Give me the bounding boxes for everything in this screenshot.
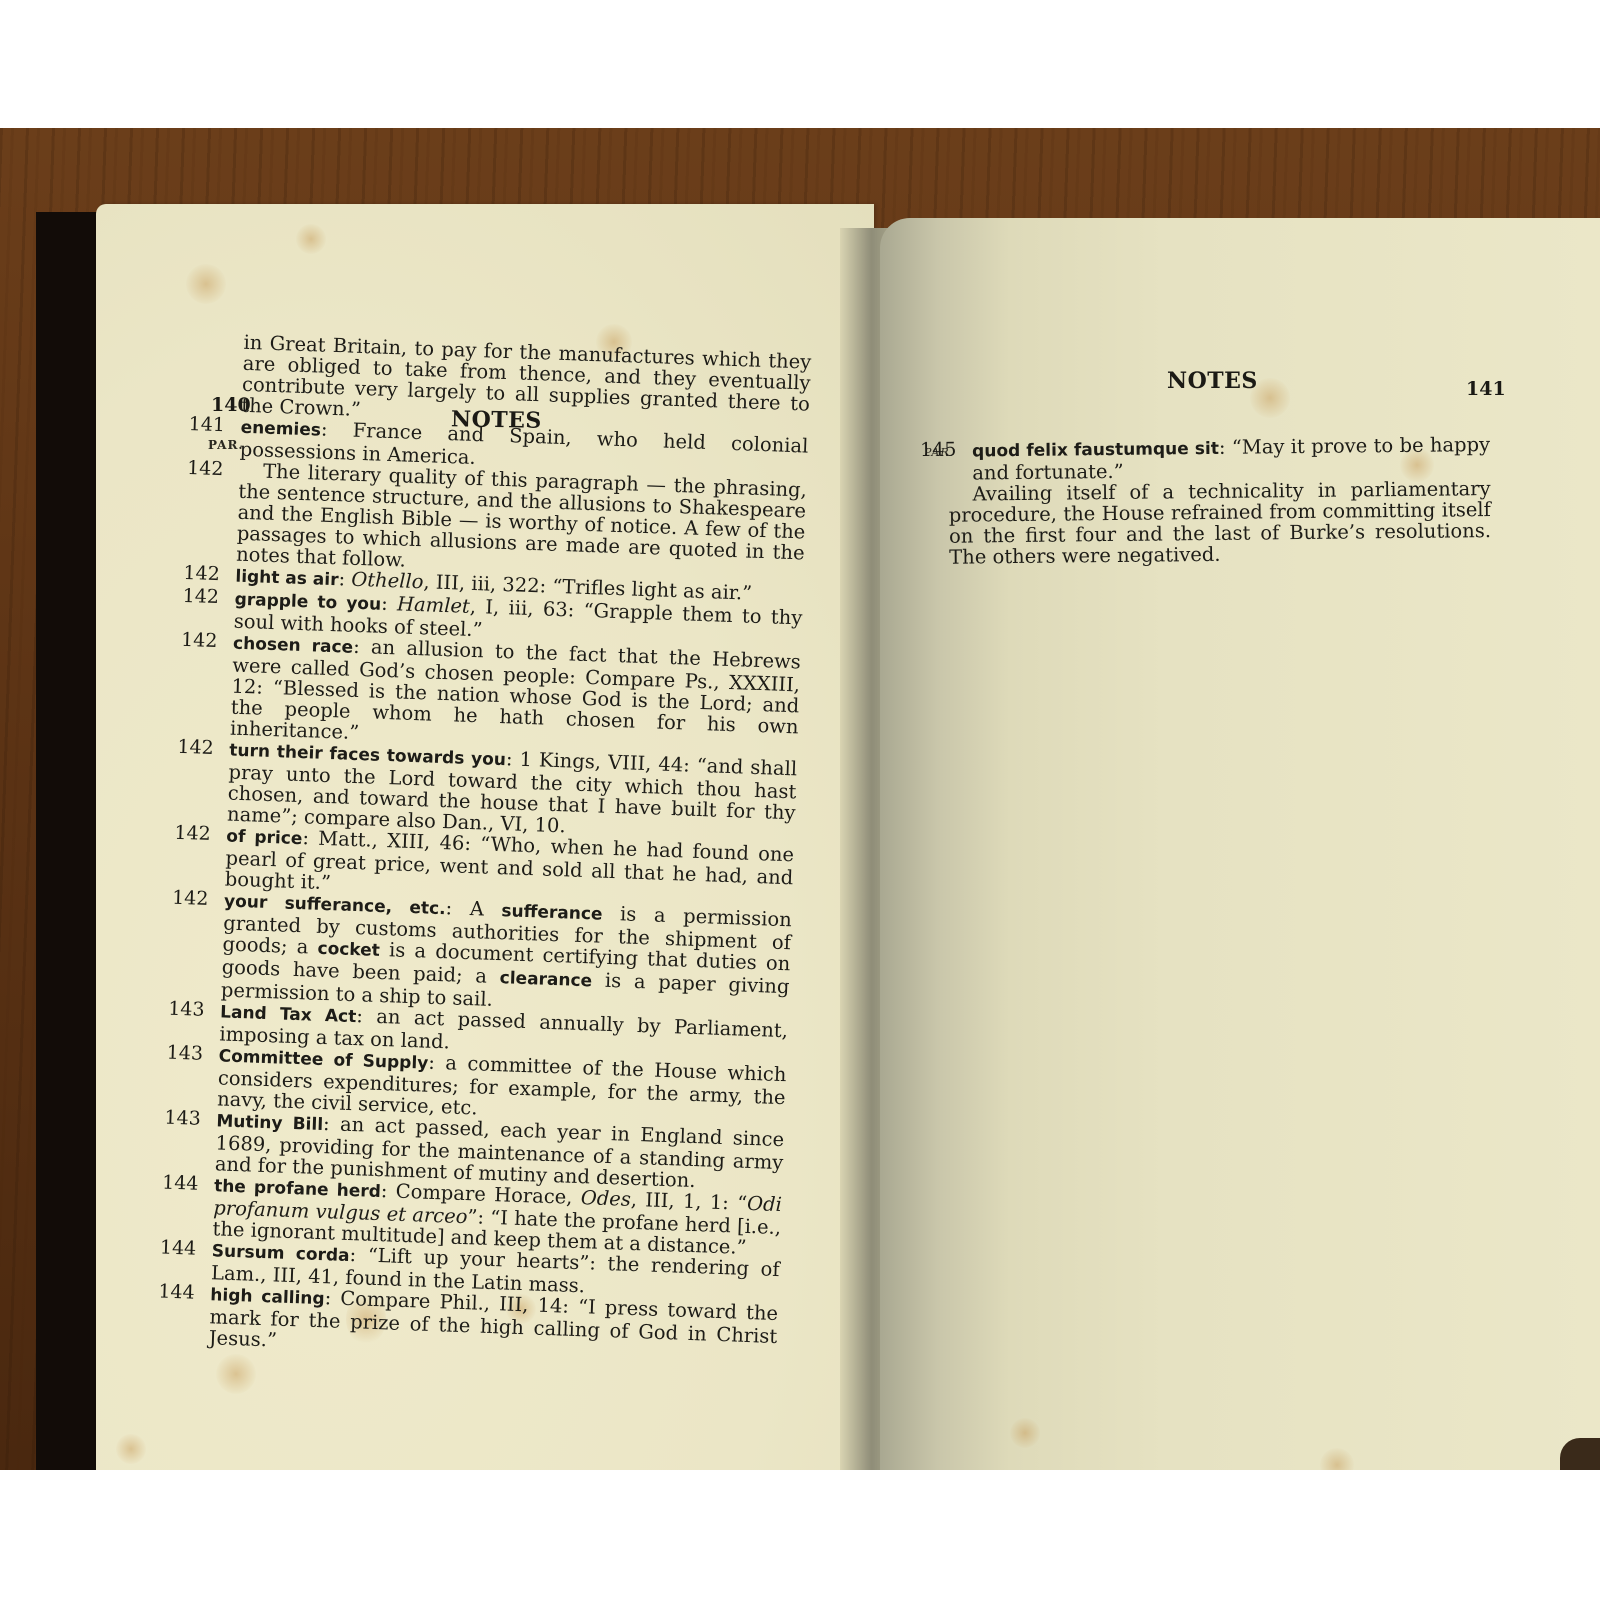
note-entry: 145 quod felix faustumque sit: “May it p… bbox=[920, 434, 1490, 484]
paragraph-number: 142 bbox=[182, 586, 231, 609]
work-title: Hamlet bbox=[397, 592, 471, 618]
paragraph-number: 141 bbox=[188, 414, 237, 437]
right-page-text: 145 quod felix faustumque sit: “May it p… bbox=[920, 434, 1491, 568]
note-text: : A bbox=[445, 896, 502, 921]
note-term: of price bbox=[226, 827, 303, 850]
note-term: enemies bbox=[240, 418, 321, 441]
note-text: : bbox=[338, 567, 352, 590]
note-text: : bbox=[381, 592, 398, 616]
paragraph-number: 142 bbox=[187, 458, 236, 481]
foxing-stain bbox=[1320, 1448, 1354, 1470]
page-number: 141 bbox=[1466, 378, 1506, 400]
paragraph-number: 142 bbox=[181, 630, 230, 653]
foxing-stain bbox=[116, 1434, 146, 1464]
paragraph-number: 145 bbox=[920, 439, 968, 461]
paragraph-number: 142 bbox=[174, 823, 223, 846]
work-title: Othello bbox=[351, 568, 424, 594]
note-text: The literary quality of this paragraph —… bbox=[236, 460, 807, 585]
running-head: NOTES bbox=[1167, 368, 1258, 394]
right-page: NOTES 141 PAR. 145 quod felix faustumque… bbox=[880, 218, 1600, 1470]
book-photo: 140 NOTES PAR. NOTES 141 PAR. 145 quod f… bbox=[0, 128, 1600, 1470]
paragraph-number: 144 bbox=[162, 1172, 211, 1195]
paragraph-number: 143 bbox=[168, 999, 217, 1022]
paragraph-number: 143 bbox=[166, 1043, 215, 1066]
paragraph-number: 143 bbox=[164, 1108, 213, 1131]
foxing-stain bbox=[296, 224, 326, 254]
foxing-stain bbox=[216, 1354, 256, 1394]
paragraph-number: 142 bbox=[177, 737, 226, 760]
foxing-stain bbox=[1010, 1418, 1040, 1448]
work-title: Odes bbox=[580, 1186, 631, 1211]
foxing-stain bbox=[186, 264, 226, 304]
paragraph-number: 142 bbox=[172, 888, 221, 911]
defined-term: cocket bbox=[317, 939, 380, 961]
note-paragraph: Availing itself of a technicality in par… bbox=[920, 478, 1491, 568]
paragraph-number: 144 bbox=[160, 1237, 209, 1260]
paragraph-number: 144 bbox=[158, 1281, 207, 1304]
note-term: light as air bbox=[235, 567, 339, 591]
book-spine-edge bbox=[1560, 1438, 1600, 1470]
defined-term: clearance bbox=[499, 968, 592, 991]
note-entry: 142 your sufferance, etc.: A sufferance … bbox=[169, 888, 792, 1021]
paragraph-number: 142 bbox=[183, 563, 232, 586]
note-term: quod felix faustumque sit bbox=[972, 439, 1219, 462]
left-page-text: in Great Britain, to pay for the manufac… bbox=[157, 330, 812, 1368]
